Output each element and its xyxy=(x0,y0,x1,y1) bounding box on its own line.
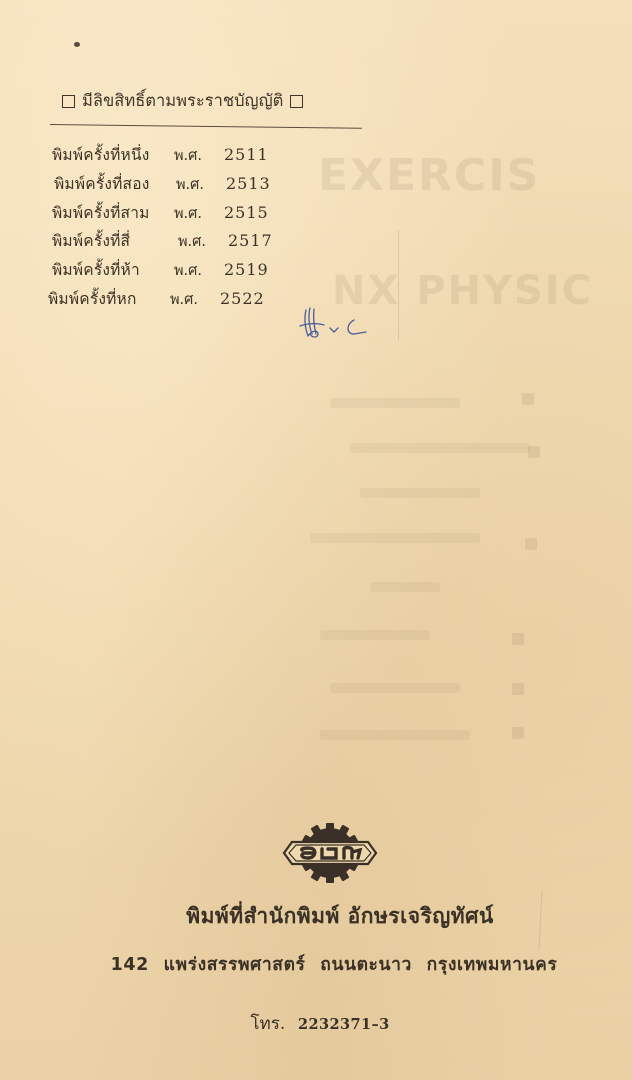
phone-label: โทร. xyxy=(250,1014,285,1034)
copyright-text: มีลิขสิทธิ์ตามพระราชบัญญัติ xyxy=(82,88,283,114)
bleed-through-bullet xyxy=(522,393,534,405)
edition-label: พิมพ์ครั้งที่ห้า xyxy=(52,257,174,282)
bleed-through-line xyxy=(310,533,480,543)
era-label: พ.ศ. xyxy=(174,259,224,282)
era-label: พ.ศ. xyxy=(174,144,224,167)
edition-year: 2517 xyxy=(228,231,273,250)
era-label: พ.ศ. xyxy=(178,230,228,253)
paper-crease xyxy=(398,230,399,340)
edition-year: 2511 xyxy=(224,145,269,164)
bleed-through-line xyxy=(320,630,430,640)
printing-history-row: พิมพ์ครั้งที่สี่ พ.ศ. 2517 xyxy=(52,228,273,257)
bleed-through-line xyxy=(350,443,530,453)
printer-name: พิมพ์ที่สำนักพิมพ์ อักษรเจริญทัศน์ xyxy=(48,900,632,933)
printing-history-row: พิมพ์ครั้งที่สอง พ.ศ. 2513 xyxy=(54,171,275,200)
era-label: พ.ศ. xyxy=(170,288,220,311)
empty-square-icon xyxy=(62,95,75,108)
bleed-through-line xyxy=(320,730,470,740)
edition-year: 2513 xyxy=(226,174,271,193)
publisher-address: 142 แพร่งสรรพศาสตร์ ถนนตะนาว กรุงเทพมหาน… xyxy=(36,950,632,978)
bleed-through-bullet xyxy=(525,538,537,550)
bleed-through-line xyxy=(360,488,480,498)
phone-number: 2232371–3 xyxy=(298,1016,390,1033)
bleed-through-bullet xyxy=(528,446,540,458)
book-imprint-page: EXERCIS NX PHYSIC มีลิขสิทธิ์ตามพระราชบั… xyxy=(0,0,632,1080)
copyright-notice: มีลิขสิทธิ์ตามพระราชบัญญัติ xyxy=(62,88,303,114)
edition-label: พิมพ์ครั้งที่สอง xyxy=(54,171,176,196)
printing-history-row: พิมพ์ครั้งที่ห้า พ.ศ. 2519 xyxy=(52,257,273,286)
publisher-phone: โทร. 2232371–3 xyxy=(8,1010,632,1037)
bleed-through-bullet xyxy=(512,633,524,645)
empty-square-icon xyxy=(290,95,303,108)
bleed-through-bullet xyxy=(512,727,524,739)
edition-label: พิมพ์ครั้งที่สี่ xyxy=(52,228,178,253)
bleed-through-text: EXERCIS xyxy=(318,150,540,201)
bleed-through-line xyxy=(330,398,460,408)
printing-history-row: พิมพ์ครั้งที่หก พ.ศ. 2522 xyxy=(48,286,269,315)
edition-year: 2519 xyxy=(224,260,269,279)
bleed-through-line xyxy=(330,683,460,693)
ink-speck xyxy=(74,42,80,47)
header-divider xyxy=(50,124,362,129)
edition-year: 2522 xyxy=(220,289,265,308)
bleed-through-line xyxy=(370,582,440,592)
bleed-through-bullet xyxy=(512,683,524,695)
publisher-logo-icon xyxy=(278,822,382,884)
edition-label: พิมพ์ครั้งที่หนึ่ง xyxy=(52,142,174,167)
printing-history: พิมพ์ครั้งที่หนึ่ง พ.ศ. 2511 พิมพ์ครั้งท… xyxy=(52,142,273,315)
era-label: พ.ศ. xyxy=(176,173,226,196)
handwritten-signature-icon xyxy=(296,306,376,340)
edition-label: พิมพ์ครั้งที่หก xyxy=(48,286,170,311)
edition-label: พิมพ์ครั้งที่สาม xyxy=(52,200,174,225)
era-label: พ.ศ. xyxy=(174,202,224,225)
edition-year: 2515 xyxy=(224,203,269,222)
printing-history-row: พิมพ์ครั้งที่หนึ่ง พ.ศ. 2511 xyxy=(52,142,273,171)
printing-history-row: พิมพ์ครั้งที่สาม พ.ศ. 2515 xyxy=(52,200,273,229)
